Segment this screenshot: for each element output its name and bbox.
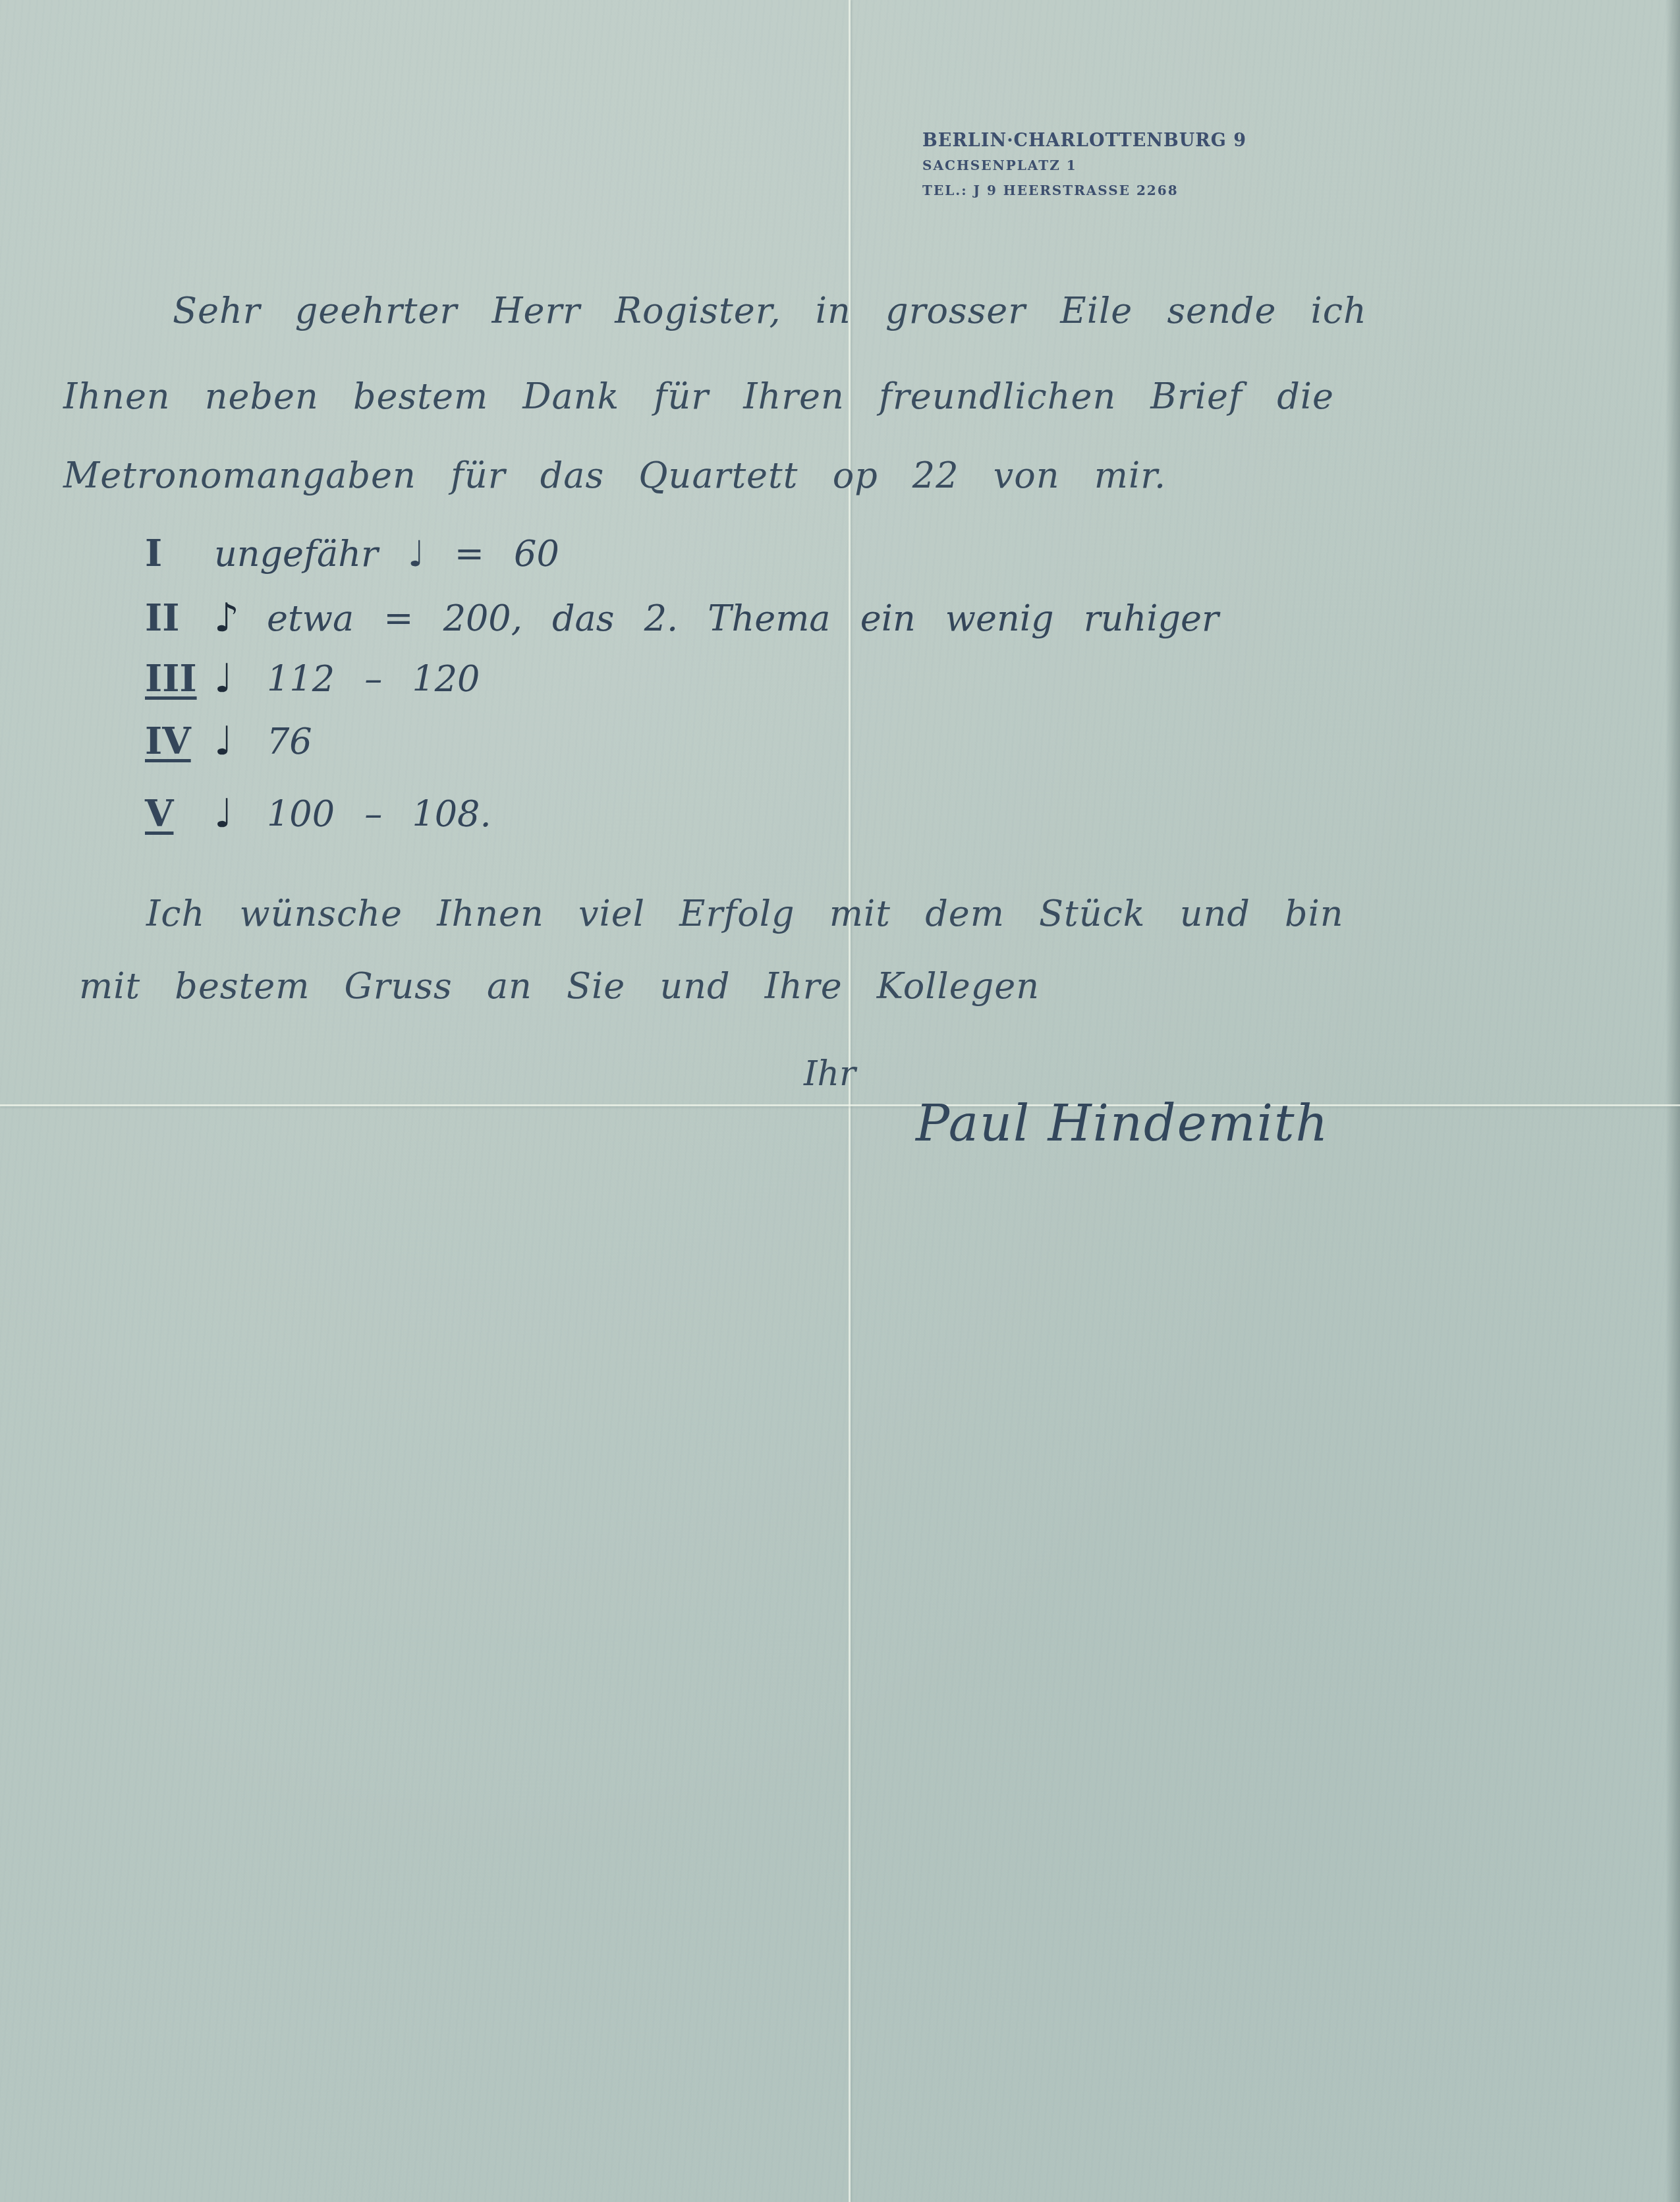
movement-number: V [145, 792, 214, 835]
tempo-text: 112 – 120 [267, 658, 480, 700]
letterhead-telephone: TEL.: J 9 HEERSTRASSE 2268 [922, 178, 1246, 203]
tempo-text: 100 – 108. [267, 793, 491, 835]
horizontal-fold-line [0, 1104, 1680, 1106]
body-line-3: Metronomangaben für das Quartett op 22 v… [63, 455, 1166, 496]
quarter-note-icon: ♩ [214, 791, 267, 837]
letterhead: BERLIN·CHARLOTTENBURG 9 SACHSENPLATZ 1 T… [922, 129, 1246, 203]
tempo-row-movement-1: I ungefähr ♩ = 60 [145, 524, 559, 583]
tempo-row-movement-5: V ♩ 100 – 108. [145, 784, 491, 843]
tempo-row-movement-4: IV ♩ 76 [145, 712, 312, 771]
quarter-note-icon: ♩ [214, 656, 267, 702]
body-line-1: Sehr geehrter Herr Rogister, in grosser … [173, 290, 1367, 331]
movement-number: IV [145, 720, 214, 763]
quarter-note-icon: ♩ [214, 718, 267, 764]
tempo-text: 76 [267, 721, 312, 762]
movement-number: II [145, 596, 214, 640]
tempo-row-movement-3: III ♩ 112 – 120 [145, 649, 480, 708]
eighth-note-icon: ♪ [214, 595, 267, 641]
letterhead-street: SACHSENPLATZ 1 [922, 153, 1246, 178]
closing-line-2: mit bestem Gruss an Sie und Ihre Kollege… [79, 965, 1040, 1007]
movement-number: I [145, 532, 214, 575]
body-line-2: Ihnen neben bestem Dank für Ihren freund… [63, 376, 1334, 417]
movement-number: III [145, 657, 214, 700]
tempo-text: ungefähr ♩ = 60 [214, 533, 559, 575]
paper-edge-shadow [1666, 0, 1680, 2202]
letterhead-city: BERLIN·CHARLOTTENBURG 9 [922, 129, 1246, 153]
closing-line-1: Ich wünsche Ihnen viel Erfolg mit dem St… [146, 893, 1344, 934]
signature: Paul Hindemith [916, 1094, 1329, 1152]
tempo-row-movement-2: II ♪ etwa = 200, das 2. Thema ein wenig … [145, 588, 1219, 648]
tempo-text: etwa = 200, das 2. Thema ein wenig ruhig… [267, 598, 1219, 639]
signature-salutation: Ihr [804, 1054, 856, 1094]
